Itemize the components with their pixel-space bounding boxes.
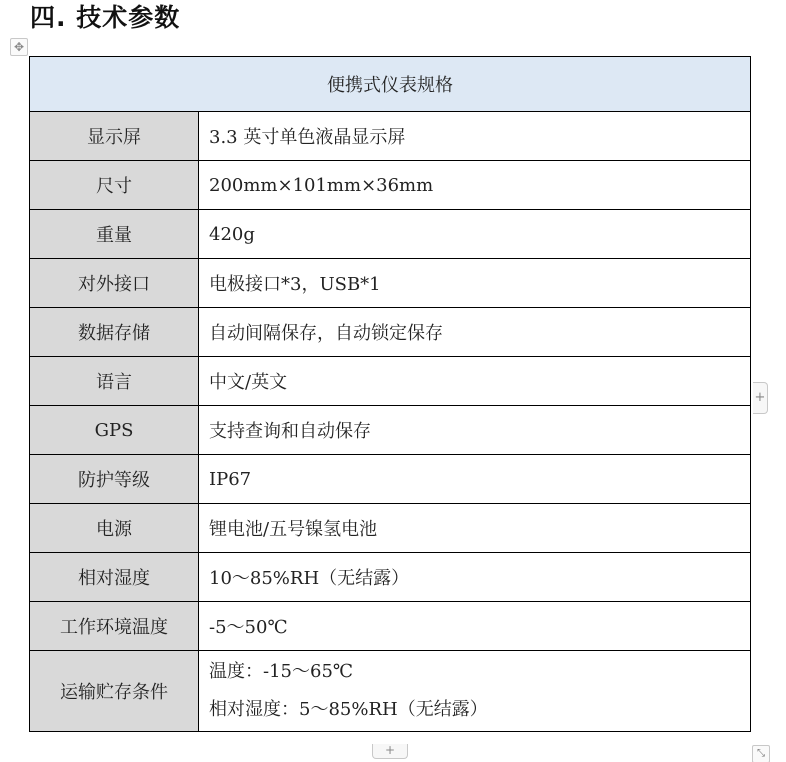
spec-table: 便携式仪表规格 显示屏 3.3 英寸单色液晶显示屏 尺寸 200mm×101mm… bbox=[29, 56, 751, 732]
row-label[interactable]: 相对湿度 bbox=[30, 553, 199, 602]
table-row: 尺寸 200mm×101mm×36mm bbox=[30, 161, 751, 210]
row-label[interactable]: 对外接口 bbox=[30, 259, 199, 308]
row-label[interactable]: 重量 bbox=[30, 210, 199, 259]
table-row: 相对湿度 10～85%RH（无结露） bbox=[30, 553, 751, 602]
row-label[interactable]: 显示屏 bbox=[30, 112, 199, 161]
table-row: 工作环境温度 -5～50℃ bbox=[30, 602, 751, 651]
row-label[interactable]: 数据存储 bbox=[30, 308, 199, 357]
row-label[interactable]: 语言 bbox=[30, 357, 199, 406]
table-header-row: 便携式仪表规格 bbox=[30, 57, 751, 112]
row-label[interactable]: 工作环境温度 bbox=[30, 602, 199, 651]
table-row: 语言 中文/英文 bbox=[30, 357, 751, 406]
row-value[interactable]: 支持查询和自动保存 bbox=[199, 406, 751, 455]
table-title[interactable]: 便携式仪表规格 bbox=[30, 57, 751, 112]
row-value[interactable]: 电极接口*3，USB*1 bbox=[199, 259, 751, 308]
row-value[interactable]: 温度：-15～65℃ 相对湿度：5～85%RH（无结露） bbox=[199, 651, 751, 732]
row-value[interactable]: 3.3 英寸单色液晶显示屏 bbox=[199, 112, 751, 161]
row-label[interactable]: 尺寸 bbox=[30, 161, 199, 210]
table-row: GPS 支持查询和自动保存 bbox=[30, 406, 751, 455]
row-label[interactable]: 运输贮存条件 bbox=[30, 651, 199, 732]
row-value[interactable]: 中文/英文 bbox=[199, 357, 751, 406]
row-label[interactable]: 电源 bbox=[30, 504, 199, 553]
table-row: 显示屏 3.3 英寸单色液晶显示屏 bbox=[30, 112, 751, 161]
row-label[interactable]: 防护等级 bbox=[30, 455, 199, 504]
row-value[interactable]: 420g bbox=[199, 210, 751, 259]
add-column-button[interactable]: + bbox=[753, 382, 768, 414]
row-value[interactable]: 10～85%RH（无结露） bbox=[199, 553, 751, 602]
row-value[interactable]: 锂电池/五号镍氢电池 bbox=[199, 504, 751, 553]
row-value[interactable]: -5～50℃ bbox=[199, 602, 751, 651]
row-label[interactable]: GPS bbox=[30, 406, 199, 455]
table-row: 重量 420g bbox=[30, 210, 751, 259]
table-move-icon[interactable]: ✥ bbox=[10, 38, 28, 56]
table-row: 对外接口 电极接口*3，USB*1 bbox=[30, 259, 751, 308]
row-value[interactable]: IP67 bbox=[199, 455, 751, 504]
table-row: 运输贮存条件 温度：-15～65℃ 相对湿度：5～85%RH（无结露） bbox=[30, 651, 751, 732]
section-heading: 四. 技术参数 bbox=[30, 0, 180, 34]
table-row: 数据存储 自动间隔保存，自动锁定保存 bbox=[30, 308, 751, 357]
table-resize-icon[interactable]: ⤡ bbox=[752, 745, 770, 762]
row-value[interactable]: 200mm×101mm×36mm bbox=[199, 161, 751, 210]
value-line: 温度：-15～65℃ bbox=[209, 653, 750, 691]
table-row: 电源 锂电池/五号镍氢电池 bbox=[30, 504, 751, 553]
value-line: 相对湿度：5～85%RH（无结露） bbox=[209, 691, 750, 729]
row-value[interactable]: 自动间隔保存，自动锁定保存 bbox=[199, 308, 751, 357]
table-row: 防护等级 IP67 bbox=[30, 455, 751, 504]
add-row-button[interactable]: + bbox=[372, 744, 408, 759]
